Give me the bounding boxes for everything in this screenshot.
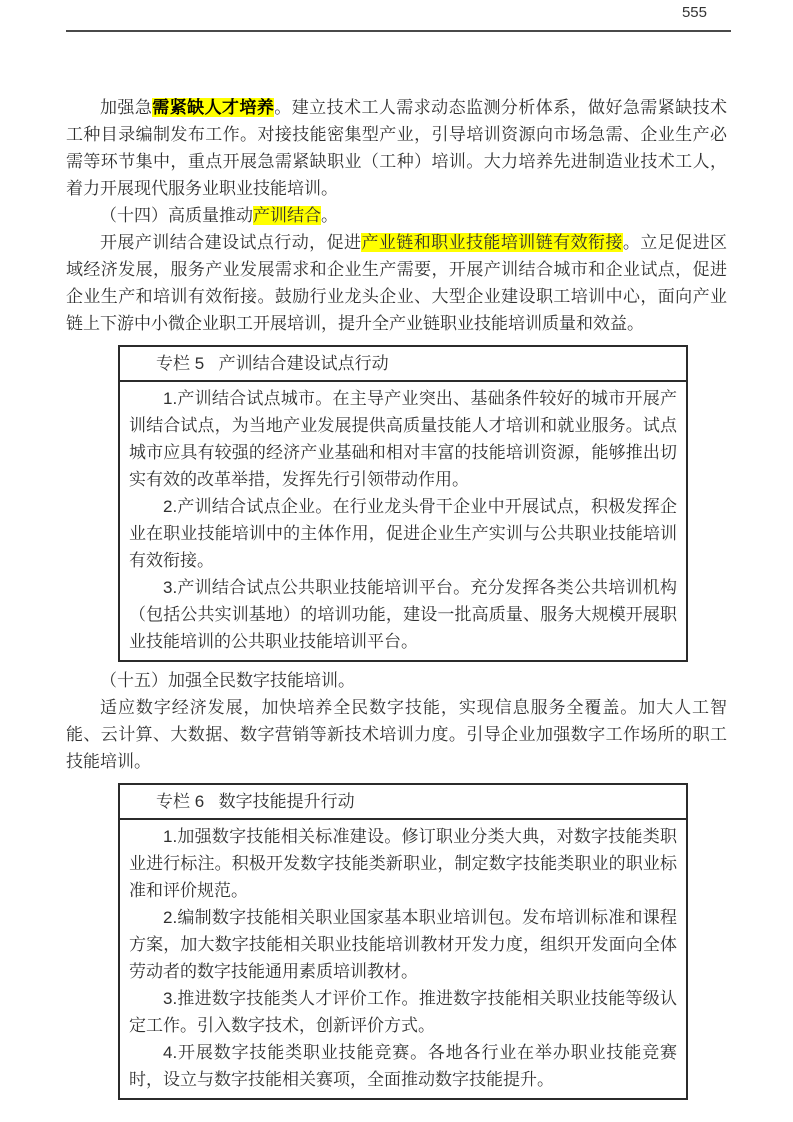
heading-item-14: （十四）高质量推动产训结合。 [66,202,727,229]
highlight-chain-link: 产业链和职业技能培训链有效衔接 [361,233,622,252]
box-5-title: 专栏 5产训结合建设试点行动 [120,347,686,382]
box-5-body: 1.产训结合试点城市。在主导产业突出、基础条件较好的城市开展产训结合试点，为当地… [120,382,686,660]
box-5-title-text: 产训结合建设试点行动 [219,354,389,373]
highlight-urgent-talent: 需紧缺人才培养 [152,98,274,117]
text-run: 开展产训结合建设试点行动，促进 [100,233,361,252]
document-page: 555 加强急需紧缺人才培养。建立技术工人需求动态监测分析体系，做好急需紧缺技术… [0,0,793,1122]
box-6-item-4: 4.开展数字技能类职业技能竞赛。各地各行业在举办职业技能竞赛时，设立与数字技能相… [129,1039,677,1093]
heading-item-15: （十五）加强全民数字技能培训。 [66,667,727,694]
column-box-5: 专栏 5产训结合建设试点行动 1.产训结合试点城市。在主导产业突出、基础条件较好… [118,345,688,662]
box-5-item-1: 1.产训结合试点城市。在主导产业突出、基础条件较好的城市开展产训结合试点，为当地… [129,385,677,493]
page-content: 加强急需紧缺人才培养。建立技术工人需求动态监测分析体系，做好急需紧缺技术工种目录… [66,94,727,1100]
text-run: 。 [321,206,338,225]
column-box-6: 专栏 6数字技能提升行动 1.加强数字技能相关标准建设。修订职业分类大典，对数字… [118,783,688,1100]
box-6-title: 专栏 6数字技能提升行动 [120,785,686,820]
paragraph-urgent-talent: 加强急需紧缺人才培养。建立技术工人需求动态监测分析体系，做好急需紧缺技术工种目录… [66,94,727,202]
highlight-industry-training: 产训结合 [253,206,321,225]
box-6-item-2: 2.编制数字技能相关职业国家基本职业培训包。发布培训标准和课程方案，加大数字技能… [129,904,677,985]
text-run: （十四）高质量推动 [100,206,253,225]
page-header: 555 [66,0,731,32]
page-number: 555 [66,0,731,23]
box-6-item-3: 3.推进数字技能类人才评价工作。推进数字技能相关职业技能等级认定工作。引入数字技… [129,985,677,1039]
header-rule [66,30,731,32]
box-6-label: 专栏 6 [156,792,204,811]
paragraph-industry-chain: 开展产训结合建设试点行动，促进产业链和职业技能培训链有效衔接。立足促进区域经济发… [66,229,727,337]
text-run: 加强急 [100,98,152,117]
box-5-item-2: 2.产训结合试点企业。在行业龙头骨干企业中开展试点，积极发挥企业在职业技能培训中… [129,493,677,574]
box-5-item-3: 3.产训结合试点公共职业技能培训平台。充分发挥各类公共培训机构（包括公共实训基地… [129,574,677,655]
box-5-label: 专栏 5 [156,354,204,373]
box-6-item-1: 1.加强数字技能相关标准建设。修订职业分类大典，对数字技能类职业进行标注。积极开… [129,823,677,904]
paragraph-digital-skills: 适应数字经济发展，加快培养全民数字技能，实现信息服务全覆盖。加大人工智能、云计算… [66,694,727,775]
box-6-body: 1.加强数字技能相关标准建设。修订职业分类大典，对数字技能类职业进行标注。积极开… [120,820,686,1098]
box-6-title-text: 数字技能提升行动 [219,792,355,811]
